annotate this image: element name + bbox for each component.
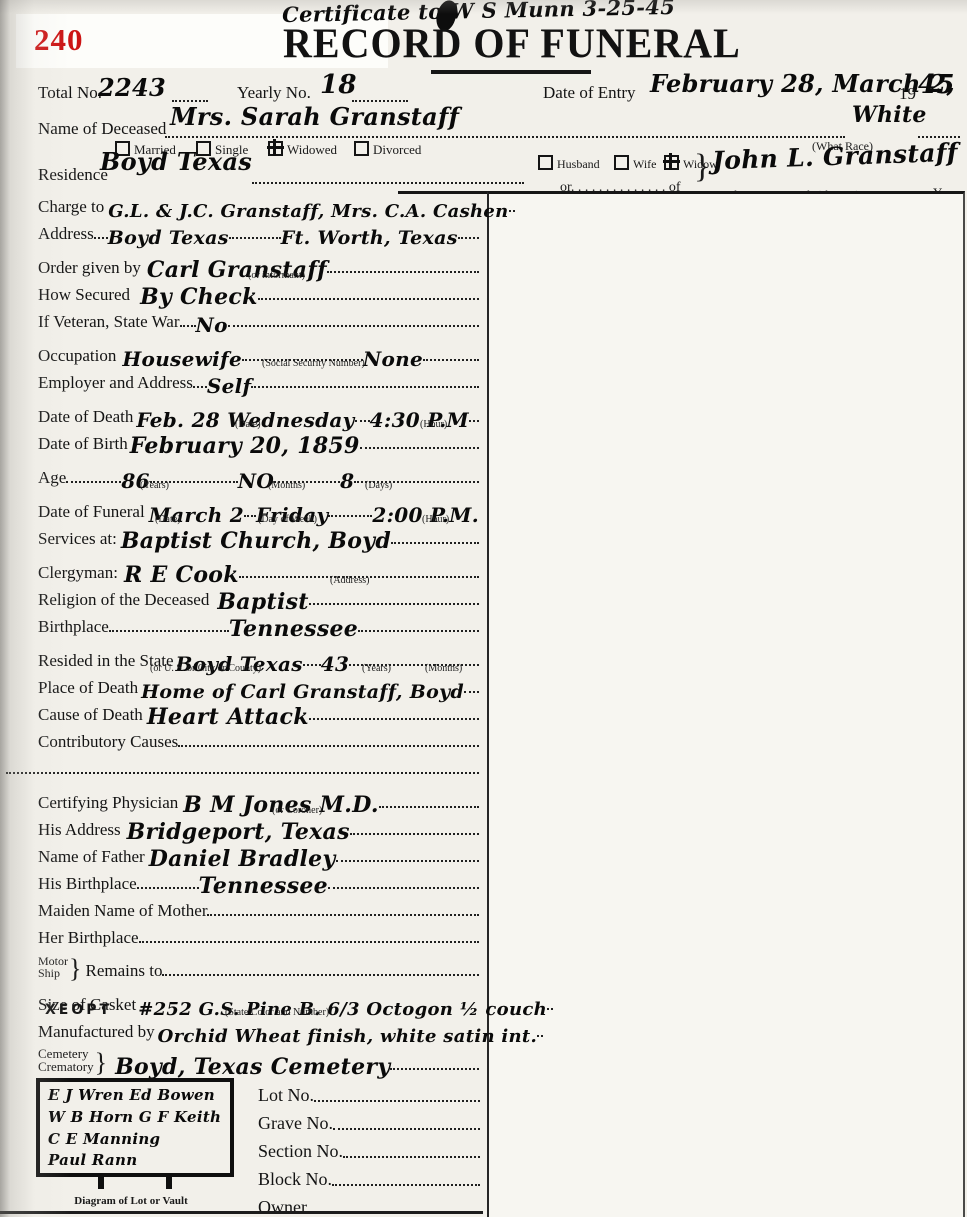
deceased-name-label: Name of Deceased [38, 120, 166, 138]
brace: } [694, 152, 710, 183]
grave-no-row: Grave No. [258, 1108, 480, 1136]
wife-label: Wife [633, 157, 657, 171]
dotted-line [252, 180, 524, 184]
dotted-line [509, 208, 515, 212]
dotted-line [458, 235, 479, 239]
dotted-line [193, 384, 207, 388]
page-number-stamp: 240 [34, 22, 84, 58]
cemetery-value: Boyd, Texas Cemetery [115, 1058, 390, 1077]
his-address-value: Bridgeport, Texas [127, 823, 350, 842]
field-remains-to: MotorShip } Remains to [0, 951, 487, 984]
dotted-line [328, 513, 372, 517]
dotted-line [358, 628, 479, 632]
field-veteran: If Veteran, State War No [0, 308, 487, 335]
widowed-label: Widowed [287, 142, 337, 157]
xeopt-stamp: XEOPT [45, 1002, 112, 1018]
field-contributory: Contributory Causes [0, 728, 487, 755]
occupation-label: Occupation [38, 347, 116, 365]
field-contributory-line2 [0, 755, 487, 782]
rule-segment [431, 70, 591, 74]
place-of-death-label: Place of Death [38, 679, 138, 697]
block-no-row: Block No. [258, 1164, 480, 1192]
block-no-label: Block No. [258, 1170, 332, 1189]
dotted-line [547, 1006, 553, 1010]
resided-years-value: 43 [321, 656, 349, 673]
field-order-given-by: Order given by Carl Granstaff (or inform… [0, 247, 487, 281]
date-of-birth-value: February 20, 1859 [130, 437, 360, 456]
funeral-hour-caption: (Hour) [422, 514, 449, 525]
dotted-line [139, 939, 479, 943]
field-manufactured: Manufactured by Orchid Wheat finish, whi… [0, 1018, 487, 1045]
hour-caption: (Hour) [420, 419, 447, 430]
veteran-value: No [196, 317, 228, 334]
pallbearer-names-line: C E Manning [48, 1129, 230, 1151]
date-of-death-label: Date of Death [38, 408, 133, 426]
dotted-line [303, 662, 321, 666]
dotted-line [6, 770, 479, 774]
clergyman-address-caption: (Address) [330, 575, 369, 586]
wife-checkbox-item: Wife [614, 155, 657, 174]
yearly-no-value: 18 [320, 74, 357, 96]
residence-label: Residence [38, 166, 108, 184]
dotted-line [423, 357, 479, 361]
casket-value: #252 G.S. Pine B. 6/3 Octogon ½ couch [138, 1002, 547, 1017]
field-father-birthplace: His Birthplace Tennessee [0, 870, 487, 897]
dotted-line [165, 134, 845, 138]
dotted-line [360, 445, 479, 449]
dotted-line [258, 296, 479, 300]
field-casket: Size of Casket #252 G.S. Pine B. 6/3 Oct… [0, 984, 487, 1018]
field-his-address: His Address Bridgeport, Texas [0, 816, 487, 843]
employer-value: Self [207, 378, 252, 395]
contributory-label: Contributory Causes [38, 733, 178, 751]
lot-diagram-section: E J Wren Ed Bowen W B Horn G F Keith C E… [0, 1078, 487, 1215]
residence-value: Boyd Texas [100, 152, 252, 172]
field-birthplace: Birthplace Tennessee [0, 613, 487, 640]
dotted-line [355, 418, 370, 422]
dotted-line [469, 418, 479, 422]
field-date-of-death: Date of Death Feb. 28 Wednesday 4:30 P.M… [0, 396, 487, 430]
dotted-line [333, 1126, 480, 1130]
dotted-line [336, 858, 479, 862]
resided-months-caption: (Months) [425, 663, 462, 674]
dotted-line [391, 540, 479, 544]
religion-label: Religion of the Deceased [38, 591, 209, 609]
pallbearer-names-line: Paul Rann [48, 1150, 230, 1172]
yearly-no-label: Yearly No. [237, 84, 311, 102]
father-value: Daniel Bradley [149, 850, 336, 869]
charge-to-value: G.L. & J.C. Granstaff, Mrs. C.A. Cashen [108, 204, 508, 219]
mother-label: Maiden Name of Mother [38, 902, 207, 920]
grave-no-label: Grave No. [258, 1114, 333, 1133]
lot-no-label: Lot No. [258, 1086, 314, 1105]
field-father: Name of Father Daniel Bradley [0, 843, 487, 870]
dotted-line [244, 513, 256, 517]
birthplace-label: Birthplace [38, 618, 109, 636]
deceased-name-value: Mrs. Sarah Granstaff [170, 107, 459, 127]
father-birthplace-value: Tennessee [199, 877, 328, 896]
dotted-line [309, 601, 479, 605]
dotted-line [178, 743, 479, 747]
field-mother: Maiden Name of Mother [0, 897, 487, 924]
manufactured-label: Manufactured by [38, 1023, 155, 1041]
charge-to-label: Charge to [38, 198, 104, 216]
date-of-birth-label: Date of Birth [38, 435, 128, 453]
spouse-name-value: John L. Granstaff [712, 142, 958, 172]
divorced-checkbox [354, 141, 369, 156]
occupation-value: Housewife [122, 351, 242, 368]
dotted-line [537, 1033, 543, 1037]
address-value: Boyd Texas [108, 230, 229, 246]
field-place-of-death: Place of Death Home of Carl Granstaff, B… [0, 674, 487, 701]
diagram-leg [166, 1174, 172, 1189]
dotted-line [94, 235, 108, 239]
religion-value: Baptist [217, 593, 308, 612]
cause-of-death-value: Heart Attack [147, 708, 309, 727]
total-no-value: 2243 [98, 78, 166, 98]
dotted-line [328, 885, 479, 889]
field-mother-birthplace: Her Birthplace [0, 924, 487, 951]
year-value: 45 [918, 74, 955, 96]
year-printed: 19 [899, 85, 916, 103]
resided-years-caption: (Years) [362, 663, 391, 674]
field-cause-of-death: Cause of Death Heart Attack [0, 701, 487, 728]
section-no-row: Section No. [258, 1136, 480, 1164]
place-of-death-value: Home of Carl Granstaff, Boyd [141, 684, 464, 700]
diagram-caption: Diagram of Lot or Vault [36, 1195, 226, 1207]
dotted-line [251, 384, 479, 388]
remains-to-label: Remains to [85, 962, 162, 980]
physician-label: Certifying Physician [38, 794, 178, 812]
manufactured-value: Orchid Wheat finish, white satin int. [158, 1029, 538, 1044]
widowed-checkbox [268, 141, 283, 156]
form-fields-column: Charge to G.L. & J.C. Granstaff, Mrs. C.… [0, 193, 487, 1215]
ssn-value: None [363, 351, 423, 368]
field-cemetery: CemeteryCrematory } Boyd, Texas Cemetery [0, 1045, 487, 1078]
mother-birthplace-label: Her Birthplace [38, 929, 139, 947]
field-address: Address Boyd Texas Ft. Worth, Texas [0, 220, 487, 247]
husband-checkbox-item: Husband [538, 155, 600, 174]
dotted-line [343, 1154, 480, 1158]
age-label: Age [38, 469, 66, 487]
dotted-line [228, 323, 479, 327]
or-informant-caption: (or informant) [248, 270, 305, 281]
wife-checkbox [614, 155, 629, 170]
ssn-caption: (Social Security Number) [262, 358, 365, 369]
funeral-record-scan: 240 Certificate to W S Munn 3-25-45 RECO… [0, 0, 967, 1217]
dotted-line [314, 1098, 480, 1102]
diagram-of-lot-box: E J Wren Ed Bowen W B Horn G F Keith C E… [36, 1078, 234, 1177]
field-occupation: Occupation Housewife None (Social Securi… [0, 335, 487, 369]
widowed-checkbox-item: Widowed [268, 141, 337, 160]
casket-caption: (State Color and Number) [225, 1007, 329, 1018]
clergyman-value: R E Cook [124, 566, 239, 585]
his-address-label: His Address [38, 821, 121, 839]
dotted-line [207, 912, 479, 916]
owner-label: Owner [258, 1198, 307, 1217]
dotted-line [180, 323, 196, 327]
husband-label: Husband [557, 157, 600, 171]
motor-ship-label: MotorShip [38, 955, 68, 980]
employer-label: Employer and Address [38, 374, 193, 392]
age-days-value: 8 [340, 473, 354, 490]
pallbearer-names-line: W B Horn G F Keith [48, 1107, 230, 1129]
diagram-leg [98, 1174, 104, 1189]
field-date-of-funeral: Date of Funeral March 2 Friday 2:00 P.M.… [0, 491, 487, 525]
field-age: Age 86 NO 8 (Years) (Months) (Days) [0, 457, 487, 491]
dotted-line [350, 831, 479, 835]
date-of-funeral-label: Date of Funeral [38, 503, 145, 521]
date-of-entry-label: Date of Entry [543, 84, 636, 102]
bottom-rule [0, 1211, 483, 1214]
dotted-line [162, 972, 479, 976]
form-title: RECORD OF FUNERAL [283, 19, 741, 68]
address-value-2: Ft. Worth, Texas [281, 230, 458, 246]
cemetery-crematory-label: CemeteryCrematory [38, 1047, 94, 1074]
or-coroner-caption: (or Coroner) [272, 805, 322, 816]
blank-right-panel [487, 191, 965, 1217]
field-physician: Certifying Physician B M Jones M.D. (or … [0, 782, 487, 816]
lot-fields: Lot No. Grave No. Section No. Block No. … [258, 1080, 480, 1217]
how-secured-label: How Secured [38, 286, 130, 304]
section-no-label: Section No. [258, 1142, 343, 1161]
services-at-label: Services at: [38, 530, 117, 548]
divorced-checkbox-item: Divorced [354, 141, 421, 160]
months-caption: (Months) [268, 480, 305, 491]
dotted-line [379, 804, 479, 808]
dotted-line [327, 269, 479, 273]
field-charge-to: Charge to G.L. & J.C. Granstaff, Mrs. C.… [0, 193, 487, 220]
husband-checkbox [538, 155, 553, 170]
dotted-line [109, 628, 229, 632]
divorced-label: Divorced [373, 142, 421, 157]
father-label: Name of Father [38, 848, 145, 866]
dotted-line [229, 235, 281, 239]
funeral-date-caption: (Date) [155, 514, 181, 525]
brace: } [69, 959, 81, 980]
dotted-line [390, 1066, 479, 1070]
field-date-of-birth: Date of Birth February 20, 1859 [0, 430, 487, 457]
field-resided: Resided in the State Boyd Texas 43 (or U… [0, 640, 487, 674]
clergyman-label: Clergyman: [38, 564, 118, 582]
field-employer: Employer and Address Self [0, 369, 487, 396]
years-caption: (Years) [140, 480, 169, 491]
days-caption: (Days) [365, 480, 392, 491]
dotted-line [332, 1182, 480, 1186]
date-caption: (Date) [235, 419, 261, 430]
cause-of-death-label: Cause of Death [38, 706, 143, 724]
address-label: Address [38, 225, 94, 243]
field-how-secured: How Secured By Check [0, 281, 487, 308]
father-birthplace-label: His Birthplace [38, 875, 137, 893]
race-value: White [852, 106, 927, 125]
brace: } [95, 1053, 107, 1074]
field-clergyman: Clergyman: R E Cook (Address) [0, 552, 487, 586]
total-no-label: Total No. [38, 84, 102, 102]
dotted-line [66, 479, 121, 483]
field-services-at: Services at: Baptist Church, Boyd [0, 525, 487, 552]
dotted-line [309, 716, 479, 720]
funeral-day-caption: (Day of Week) [258, 514, 317, 525]
birthplace-value: Tennessee [229, 620, 358, 639]
services-at-value: Baptist Church, Boyd [121, 532, 391, 551]
widow-checkbox [664, 155, 679, 170]
resided-caption: (or U. S. or City or County) [150, 663, 261, 674]
dotted-line [464, 689, 479, 693]
pallbearer-names-line: E J Wren Ed Bowen [48, 1085, 230, 1107]
how-secured-value: By Check [140, 288, 258, 307]
dotted-line [137, 885, 199, 889]
veteran-label: If Veteran, State War [38, 313, 180, 331]
lot-no-row: Lot No. [258, 1080, 480, 1108]
order-given-by-label: Order given by [38, 259, 141, 277]
field-religion: Religion of the Deceased Baptist [0, 586, 487, 613]
